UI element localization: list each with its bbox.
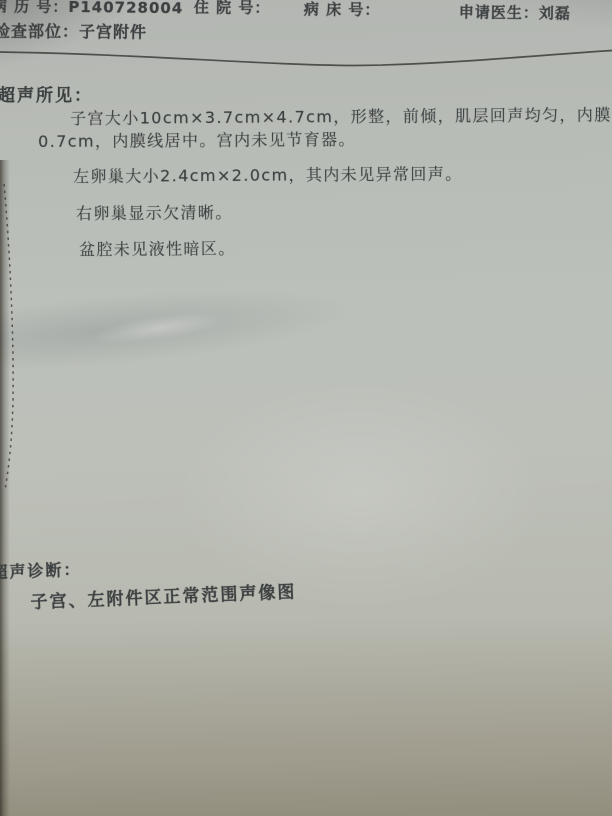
exam-site-label: 检查部位： [0, 21, 79, 41]
bed-number-label: 病 床 号： [304, 0, 381, 20]
exam-site: 检查部位：子宫附件 [0, 18, 147, 42]
inpatient-number-label: 住 院 号： [194, 0, 271, 18]
requesting-doctor: 申请医生：刘磊 [459, 1, 571, 23]
page-left-edge-shadow [0, 160, 10, 816]
medical-record-number: 病 历 号：P140728004 [0, 0, 183, 18]
requesting-doctor-label: 申请医生： [459, 3, 539, 22]
findings-uterus-line2: 0.7cm，内膜线居中。宫内未见节育器。 [38, 127, 356, 152]
perforation-dotted-line [0, 180, 24, 500]
medical-record-number-value: P140728004 [68, 0, 183, 17]
header-separator-line [0, 46, 612, 72]
paper-highlight [120, 330, 600, 660]
medical-record-number-label: 病 历 号： [0, 0, 68, 16]
findings-section-heading: 超声所见： [0, 81, 93, 106]
diagnosis-text: 子宫、左附件区正常范围声像图 [30, 577, 297, 613]
findings-right-ovary: 右卵巢显示欠清晰。 [76, 200, 233, 224]
requesting-doctor-value: 刘磊 [539, 4, 571, 22]
findings-left-ovary: 左卵巢大小2.4cm×2.0cm，其内未见异常回声。 [73, 161, 463, 187]
diagnosis-section-heading: 超声诊断： [0, 557, 82, 583]
ultrasound-report-photo: 病 历 号：P140728004 住 院 号： 病 床 号： 申请医生：刘磊 检… [0, 0, 612, 816]
vignette-bottom [0, 616, 612, 816]
exam-site-value: 子宫附件 [79, 22, 147, 41]
findings-uterus-line1: 子宫大小10cm×3.7cm×4.7cm，形整，前倾，肌层回声均匀，内膜光滑，厚 [70, 102, 612, 129]
findings-pelvis: 盆腔未见液性暗区。 [79, 236, 236, 260]
paper-crease-highlight [68, 285, 293, 365]
